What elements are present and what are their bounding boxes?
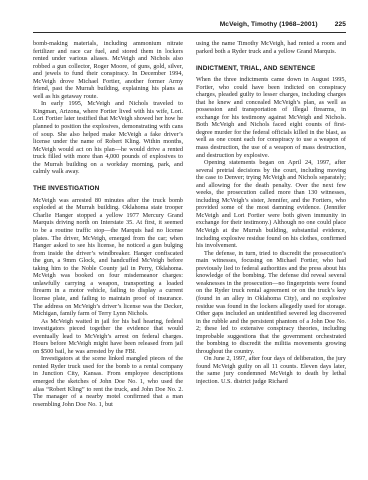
book-page: McVeigh, Timothy (1968–2001) 225 bomb-ma… <box>0 0 368 480</box>
paragraph: As McVeigh waited in jail for his bail h… <box>33 318 183 356</box>
paragraph: On June 2, 1997, after four days of deli… <box>196 355 346 385</box>
running-header: McVeigh, Timothy (1968–2001) 225 <box>33 21 346 33</box>
right-column: using the name Timothy McVeigh, had rent… <box>196 40 346 408</box>
page-content: McVeigh, Timothy (1968–2001) 225 bomb-ma… <box>33 21 346 408</box>
paragraph: McVeigh was arrested 80 minutes after th… <box>33 197 183 318</box>
paragraph: bomb-making materials, including ammoniu… <box>33 40 183 100</box>
running-title: McVeigh, Timothy (1968–2001) <box>220 21 318 28</box>
paragraph: Investigators at the scene linked mangle… <box>33 355 183 408</box>
paragraph: The defense, in turn, tried to discredit… <box>196 250 346 356</box>
paragraph: using the name Timothy McVeigh, had rent… <box>196 40 346 55</box>
section-heading-indictment: INDICTMENT, TRIAL, AND SENTENCE <box>196 65 346 72</box>
page-number: 225 <box>335 21 346 28</box>
paragraph: Opening statements began on April 24, 19… <box>196 159 346 250</box>
paragraph: In early 1995, McVeigh and Nichols trave… <box>33 100 183 175</box>
paragraph: When the three indictments came down in … <box>196 76 346 159</box>
text-columns: bomb-making materials, including ammoniu… <box>33 40 346 408</box>
section-heading-investigation: THE INVESTIGATION <box>33 185 183 192</box>
left-column: bomb-making materials, including ammoniu… <box>33 40 183 408</box>
